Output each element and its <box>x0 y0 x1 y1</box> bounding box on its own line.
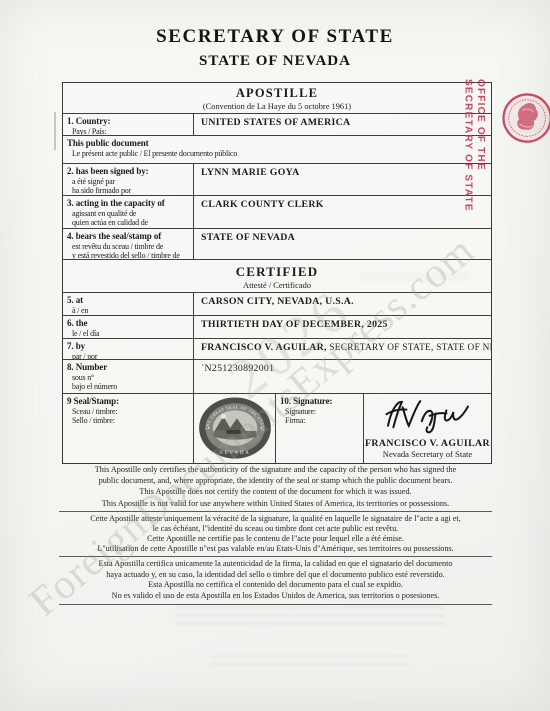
scanned-apostille-document: ForeignDocumentsExpress.com 2026 SECRETA… <box>0 0 550 711</box>
row-seal-stamp-of: 4. bears the seal/stamp of est revêtu du… <box>63 228 491 259</box>
signer-title: Nevada Secretary of State <box>364 449 491 459</box>
office-stamp-line2: SECRETARY OF STATE <box>461 79 474 274</box>
row-capacity-label: 3. acting in the capacity of <box>67 198 191 209</box>
row-public-document: This public document Le présent acte pub… <box>63 135 491 163</box>
row-number-label: 8. Number <box>67 362 191 373</box>
notes-divider <box>59 604 492 605</box>
bleed-through-text <box>175 606 445 628</box>
signature-cell: FRANCISCO V. AGUILAR Nevada Secretary of… <box>364 394 491 463</box>
note-line: Esta Apostilla no certifica el contenido… <box>59 580 492 591</box>
notes-divider <box>59 556 492 557</box>
public-document-label: This public document <box>67 138 489 149</box>
row-number-label-cell: 8. Number sous n° bajo el número <box>63 360 194 393</box>
row-capacity-label-es: quien actúa en calidad de <box>67 218 191 228</box>
signer-name: FRANCISCO V. AGUILAR <box>364 438 491 449</box>
note-line: This Apostille only certifies the authen… <box>59 464 492 475</box>
note-line: L"utilisation de cette Apostille n"est p… <box>59 544 492 554</box>
row-country-label-fr-es: Pays / País: <box>67 127 191 136</box>
row-capacity-label-cell: 3. acting in the capacity of agissant en… <box>63 196 194 228</box>
public-document-label-fr-es: Le présent acte public / El presente doc… <box>67 149 489 159</box>
row-signed-by-label-es: ha sido firmado por <box>67 186 191 195</box>
handwritten-signature-image <box>370 395 486 435</box>
office-stamp-line1: OFFICE OF THE <box>474 79 487 274</box>
row-at-value: CARSON CITY, NEVADA, U.S.A. <box>194 293 491 315</box>
row-at-label: 5. at <box>67 295 191 306</box>
row-seal-stamp-of-label-fr: est revêtu du sceau / timbre de <box>67 242 191 252</box>
note-line: This Apostille is not valid for use anyw… <box>59 498 492 509</box>
note-line: haya actuado y, en su caso, la identidad… <box>59 570 492 581</box>
row-signature-label-es: Firma: <box>280 416 361 426</box>
row-by-value-title: SECRETARY OF STATE, STATE OF NEVADA, U.S… <box>327 343 491 353</box>
great-seal-cell: THE GREAT SEAL OF THE STATE OF NEVADA <box>194 394 276 463</box>
row-by-label-cell: 7. by par / por <box>63 339 194 359</box>
row-by-label-fr-es: par / por <box>67 352 191 360</box>
note-line: public document, and, where appropriate,… <box>59 475 492 486</box>
office-of-secretary-stamp-text: OFFICE OF THE SECRETARY OF STATE <box>461 79 486 274</box>
row-seal-stamp-of-value: STATE OF NEVADA <box>194 229 491 259</box>
notes-english: This Apostille only certifies the authen… <box>59 464 492 509</box>
notes-spanish: Esta Apostilla certifica unicamente la a… <box>59 559 492 601</box>
row-number-value: `N251230892001 <box>194 360 491 393</box>
row-the-label-fr-es: le / el día <box>67 329 191 339</box>
apostille-heading-row: APOSTILLE (Convention de La Haye du 5 oc… <box>63 83 491 113</box>
row-number-label-es: bajo el número <box>67 382 191 392</box>
row-the-label-cell: 6. the le / el día <box>63 316 194 338</box>
row-the-value: THIRTIETH DAY OF DECEMBER, 2025 <box>194 316 491 338</box>
row-seal-stamp-of-label: 4. bears the seal/stamp of <box>67 231 191 242</box>
note-line: Esta Apostilla certifica unicamente la a… <box>59 559 492 570</box>
page-title: SECRETARY OF STATE <box>0 26 550 48</box>
great-seal-bottom-text: NEVADA <box>219 451 250 456</box>
row-signed-by-label: 2. has been signed by: <box>67 166 191 177</box>
row-seal-label: 9 Seal/Stamp: <box>67 396 191 407</box>
scan-artifact-line <box>54 112 56 150</box>
row-number-label-fr: sous n° <box>67 373 191 383</box>
row-at-label-cell: 5. at à / en <box>63 293 194 315</box>
certified-subheading: Attesté / Certificado <box>63 281 491 290</box>
row-country-label: 1. Country: <box>67 116 191 127</box>
note-line: le cas échéant, l"identité du sceau ou t… <box>59 524 492 534</box>
certified-heading: CERTIFIED <box>63 264 491 280</box>
row-country: 1. Country: Pays / País: UNITED STATES O… <box>63 113 491 135</box>
row-at-label-fr-es: à / en <box>67 306 191 316</box>
row-number: 8. Number sous n° bajo el número `N25123… <box>63 359 491 393</box>
row-by-value: FRANCISCO V. AGUILAR, SECRETARY OF STATE… <box>194 339 491 359</box>
row-the: 6. the le / el día THIRTIETH DAY OF DECE… <box>63 315 491 338</box>
row-seal-label-es: Sello / timbre: <box>67 416 191 426</box>
row-by: 7. by par / por FRANCISCO V. AGUILAR, SE… <box>63 338 491 359</box>
row-the-label: 6. the <box>67 318 191 329</box>
row-signature-label-cell: 10. Signature: Signature: Firma: <box>276 394 364 463</box>
row-country-value: UNITED STATES OF AMERICA <box>194 114 491 135</box>
apostille-form-table: APOSTILLE (Convention de La Haye du 5 oc… <box>62 82 492 464</box>
page-subtitle: STATE OF NEVADA <box>0 53 550 70</box>
row-signature-label: 10. Signature: <box>280 396 361 407</box>
row-country-label-cell: 1. Country: Pays / País: <box>63 114 194 135</box>
notes-divider <box>59 511 492 512</box>
row-signed-by-value: LYNN MARIE GOYA <box>194 164 491 195</box>
note-line: This Apostille does not certify the cont… <box>59 486 492 497</box>
row-signed-by-label-fr: a été signé par <box>67 177 191 187</box>
notes-french: Cette Apostille atteste uniquement la vé… <box>59 514 492 554</box>
row-at: 5. at à / en CARSON CITY, NEVADA, U.S.A. <box>63 292 491 315</box>
row-seal-stamp-of-label-es: y está revestido del sello / timbre de <box>67 251 191 259</box>
nevada-great-seal-icon: THE GREAT SEAL OF THE STATE OF NEVADA <box>197 396 273 460</box>
note-line: No es valido el uso de esta Apostilla en… <box>59 591 492 602</box>
row-by-label: 7. by <box>67 341 191 352</box>
row-seal-and-signature: 9 Seal/Stamp: Sceau / timbre: Sello / ti… <box>63 393 491 463</box>
row-by-value-name: FRANCISCO V. AGUILAR, <box>201 342 327 353</box>
row-seal-stamp-of-label-cell: 4. bears the seal/stamp of est revêtu du… <box>63 229 194 259</box>
row-signature-label-fr: Signature: <box>280 407 361 417</box>
apostille-heading: APOSTILLE <box>63 86 491 101</box>
row-seal-label-cell: 9 Seal/Stamp: Sceau / timbre: Sello / ti… <box>63 394 194 463</box>
row-capacity: 3. acting in the capacity of agissant en… <box>63 195 491 228</box>
row-capacity-label-fr: agissant en qualité de <box>67 209 191 219</box>
bleed-through-text <box>210 655 410 671</box>
note-line: Cette Apostille atteste uniquement la vé… <box>59 514 492 524</box>
apostille-disclaimer-notes: This Apostille only certifies the authen… <box>59 464 492 607</box>
note-line: Cette Apostille ne certifie pas le conte… <box>59 534 492 544</box>
row-seal-label-fr: Sceau / timbre: <box>67 407 191 417</box>
row-signed-by-label-cell: 2. has been signed by: a été signé par h… <box>63 164 194 195</box>
red-state-seal-stamp-icon <box>497 85 550 154</box>
certified-heading-row: CERTIFIED Attesté / Certificado <box>63 259 491 292</box>
row-signed-by: 2. has been signed by: a été signé par h… <box>63 163 491 195</box>
row-capacity-value: CLARK COUNTY CLERK <box>194 196 491 228</box>
apostille-convention-subheading: (Convention de La Haye du 5 octobre 1961… <box>63 102 491 111</box>
